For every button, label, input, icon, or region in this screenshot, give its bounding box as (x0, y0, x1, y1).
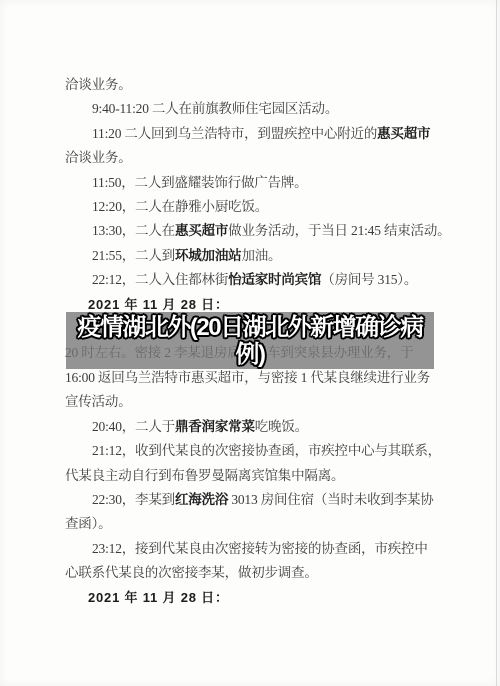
text-segment: 20:40，二人于 (92, 419, 175, 434)
text-segment: 11:20 二人回到乌兰浩特市，到盟疾控中心附近的 (92, 126, 377, 141)
text-segment: 22:12，二人入住都林街 (92, 272, 228, 287)
text-segment: 22:30，李某到 (92, 492, 175, 507)
document-line: 9:40-11:20 二人在前旗教师住宅园区活动。 (65, 97, 442, 121)
document-line: 16:00 返回乌兰浩特市惠买超市，与密接 1 代某良继续进行业务 (65, 366, 442, 390)
document-line: 23:12，接到代某良由次密接转为密接的协查函，市疾控中 (65, 537, 442, 561)
overlay-title-line2: 例) (77, 341, 422, 368)
document-line: 洽谈业务。 (65, 146, 442, 170)
document-line: 11:50，二人到盛耀装饰行做广告牌。 (65, 171, 442, 195)
text-segment: 16:00 返回乌兰浩特市惠买超市，与密接 1 代某良继续进行业务 (65, 370, 430, 385)
text-segment: （房间号 315）。 (321, 272, 417, 287)
text-segment: 洽谈业务。 (65, 150, 132, 165)
text-segment: 12:20，二人在静雅小厨吃饭。 (92, 199, 268, 214)
document-line: 20:40，二人于鼎香润家常菜吃晚饭。 (65, 415, 442, 439)
text-segment: 21:12，收到代某良的次密接协查函，市疾控中心与其联系， (92, 443, 441, 458)
text-segment: 查函）。 (65, 516, 111, 531)
text-segment: 11:50，二人到盛耀装饰行做广告牌。 (92, 175, 307, 190)
highlighted-text: 红海洗浴 (175, 492, 228, 507)
document-line: 21:55，二人到环城加油站加油。 (65, 244, 442, 268)
highlighted-text: 2021 年 11 月 28 日： (88, 297, 229, 312)
date-heading: 2021 年 11 月 28 日： (65, 586, 442, 610)
document-page: 洽谈业务。9:40-11:20 二人在前旗教师住宅园区活动。11:20 二人回到… (0, 0, 500, 686)
document-line: 代某良主动自行到布鲁罗曼隔离宾馆集中隔离。 (65, 464, 442, 488)
text-segment: 3013 房间住宿（当时未收到李某协 (228, 492, 433, 507)
document-line: 22:12，二人入住都林街怡适家时尚宾馆（房间号 315）。 (65, 268, 442, 292)
highlighted-text: 环城加油站 (175, 248, 242, 263)
text-segment: 吃晚饭。 (255, 419, 308, 434)
document-line: 查函）。 (65, 512, 442, 536)
text-segment: 13:30，二人在 (92, 223, 175, 238)
page-edge-line (496, 0, 497, 686)
document-line: 12:20，二人在静雅小厨吃饭。 (65, 195, 442, 219)
document-line: 22:30，李某到红海洗浴 3013 房间住宿（当时未收到李某协 (65, 488, 442, 512)
text-segment: 加油。 (241, 248, 281, 263)
video-title-overlay-band: 疫情湖北外(20日湖北外新增确诊病 例) (66, 312, 434, 369)
document-line: 21:12，收到代某良的次密接协查函，市疾控中心与其联系， (65, 439, 442, 463)
document-line: 宣传活动。 (65, 390, 442, 414)
document-line: 13:30，二人在惠买超市做业务活动，于当日 21:45 结束活动。 (65, 219, 442, 243)
highlighted-text: 惠买超市 (175, 223, 228, 238)
overlay-title: 疫情湖北外(20日湖北外新增确诊病 例) (77, 314, 422, 368)
highlighted-text: 鼎香润家常菜 (175, 419, 255, 434)
text-segment: 21:55，二人到 (92, 248, 175, 263)
text-segment: 心联系代某良的次密接李某，做初步调查。 (65, 565, 318, 580)
text-segment: 23:12，接到代某良由次密接转为密接的协查函，市疾控中 (92, 541, 428, 556)
text-segment: 洽谈业务。 (65, 77, 132, 92)
overlay-title-line1: 疫情湖北外(20日湖北外新增确诊病 (77, 314, 422, 341)
highlighted-text: 怡适家时尚宾馆 (228, 272, 321, 287)
document-line: 心联系代某良的次密接李某，做初步调查。 (65, 561, 442, 585)
text-segment: 宣传活动。 (65, 394, 132, 409)
highlighted-text: 2021 年 11 月 28 日： (88, 590, 229, 605)
text-segment: 做业务活动，于当日 21:45 结束活动。 (228, 223, 450, 238)
document-line: 洽谈业务。 (65, 73, 442, 97)
highlighted-text: 惠买超市 (377, 126, 430, 141)
document-body: 洽谈业务。9:40-11:20 二人在前旗教师住宅园区活动。11:20 二人回到… (65, 0, 442, 610)
document-line: 11:20 二人回到乌兰浩特市，到盟疾控中心附近的惠买超市 (65, 122, 442, 146)
text-segment: 9:40-11:20 二人在前旗教师住宅园区活动。 (92, 101, 338, 116)
text-segment: 代某良主动自行到布鲁罗曼隔离宾馆集中隔离。 (65, 468, 344, 483)
